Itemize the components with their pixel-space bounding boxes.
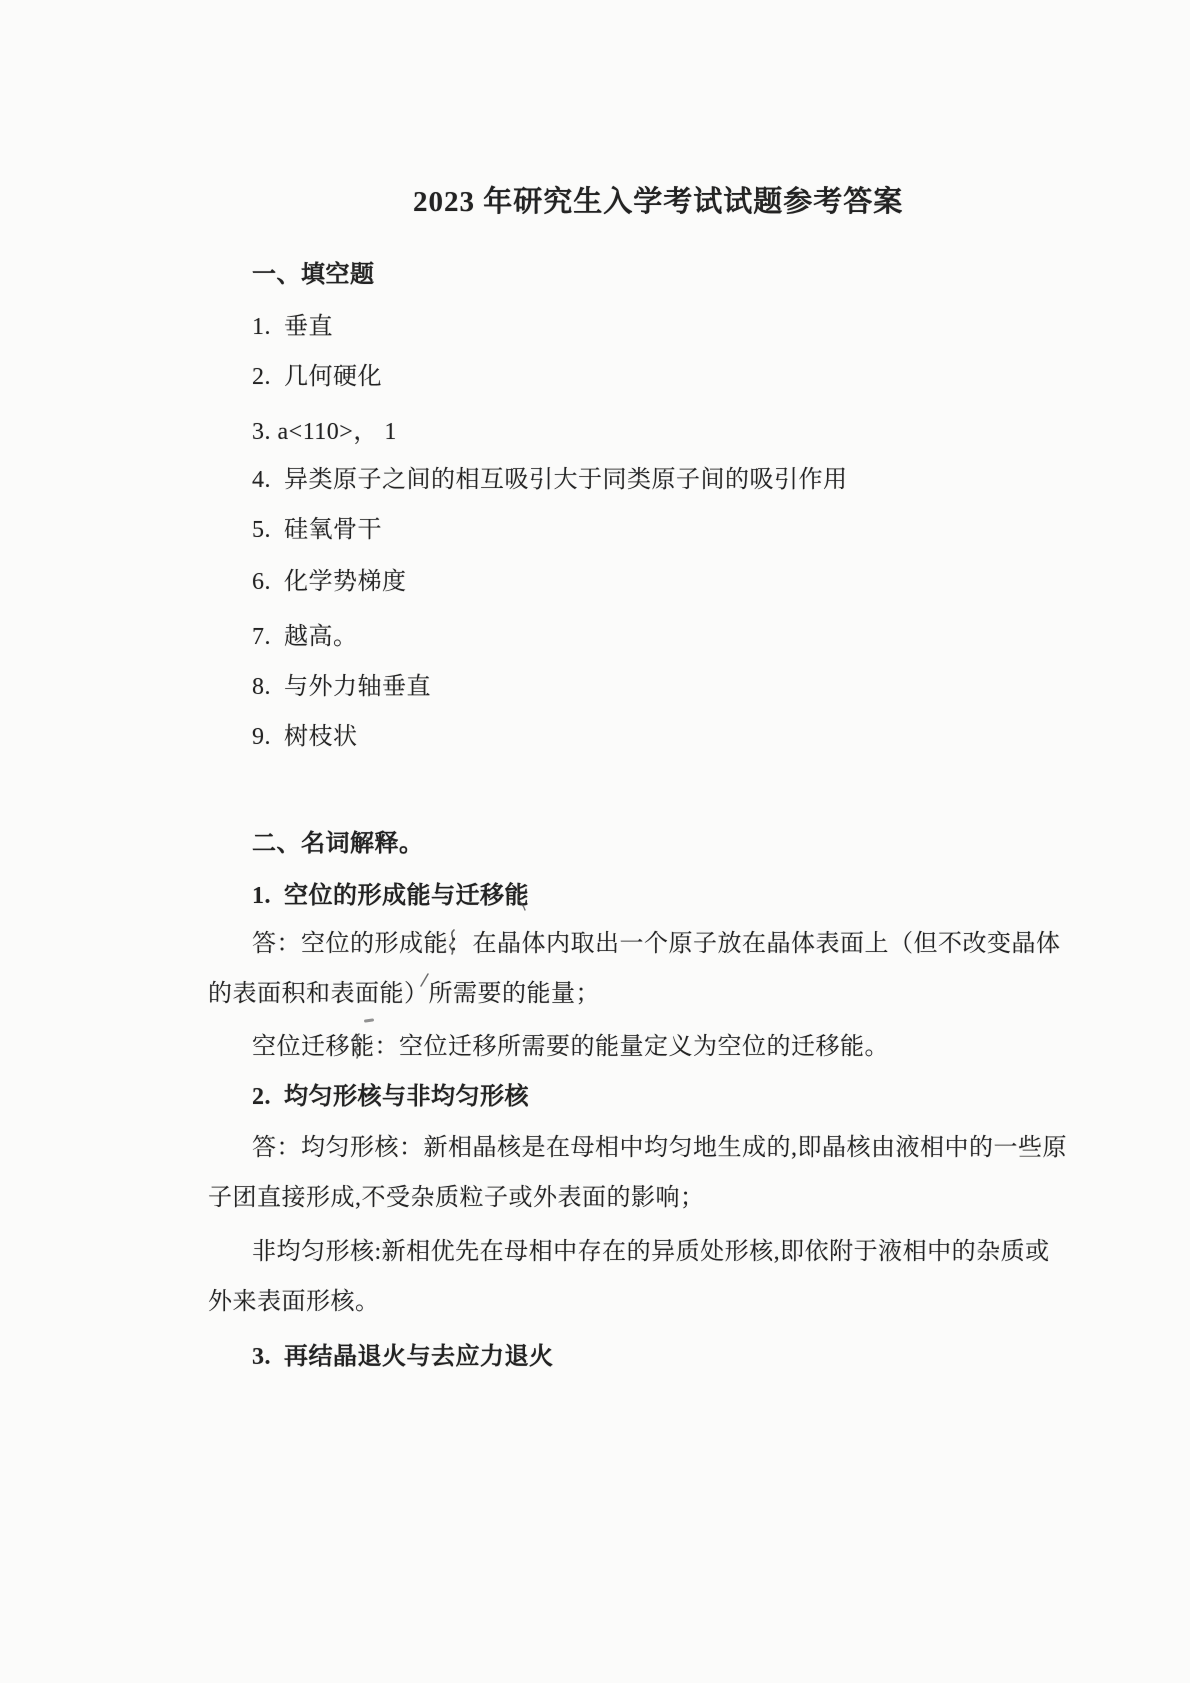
fill-blank-item-4: 4. 异类原子之间的相互吸引大于同类原子间的吸引作用	[252, 464, 848, 496]
fill-blank-item-7: 7. 越高。	[252, 621, 358, 653]
term-2-answer-line-1: 答：均匀形核：新相晶核是在母相中均匀地生成的,即晶核由液相中的一些原	[252, 1132, 1067, 1164]
fill-blank-item-5: 5. 硅氧骨干	[252, 514, 382, 546]
section-1-heading: 一、填空题	[252, 259, 375, 291]
term-1-heading: 1. 空位的形成能与迁移能	[252, 880, 529, 912]
doc-title: 2023 年研究生入学考试试题参考答案	[413, 183, 903, 221]
scan-artifact-squiggle-1	[444, 928, 464, 956]
scanned-exam-answer-page: 2023 年研究生入学考试试题参考答案 一、填空题 1. 垂直 2. 几何硬化 …	[0, 0, 1190, 1683]
fill-blank-item-9: 9. 树枝状	[252, 721, 358, 753]
fill-blank-item-3: 3. a<110>， 1	[252, 416, 397, 448]
fill-blank-item-8: 8. 与外力轴垂直	[252, 671, 431, 703]
scan-artifact-dash	[364, 1018, 374, 1022]
scan-artifact-tick-1	[419, 972, 431, 988]
fill-blank-item-2: 2. 几何硬化	[252, 361, 382, 393]
term-1-answer-line-1: 答：空位的形成能：在晶体内取出一个原子放在晶体表面上（但不改变晶体	[252, 928, 1061, 960]
term-2-answer-line-3: 非均匀形核:新相优先在母相中存在的异质处形核,即依附于液相中的杂质或	[252, 1236, 1050, 1268]
term-2-heading: 2. 均匀形核与非均匀形核	[252, 1081, 529, 1113]
term-1-answer-line-2: 的表面积和表面能）所需要的能量；	[208, 978, 600, 1010]
scan-artifact-squiggle-2	[348, 1032, 368, 1060]
fill-blank-item-1: 1. 垂直	[252, 311, 333, 343]
term-2-answer-line-4: 外来表面形核。	[208, 1286, 380, 1318]
term-2-answer-line-2: 子团直接形成,不受杂质粒子或外表面的影响；	[208, 1182, 705, 1214]
scan-artifact-tick-2	[516, 898, 528, 912]
section-2-heading: 二、名词解释。	[252, 828, 424, 860]
fill-blank-item-6: 6. 化学势梯度	[252, 566, 407, 598]
term-3-heading: 3. 再结晶退火与去应力退火	[252, 1341, 554, 1373]
